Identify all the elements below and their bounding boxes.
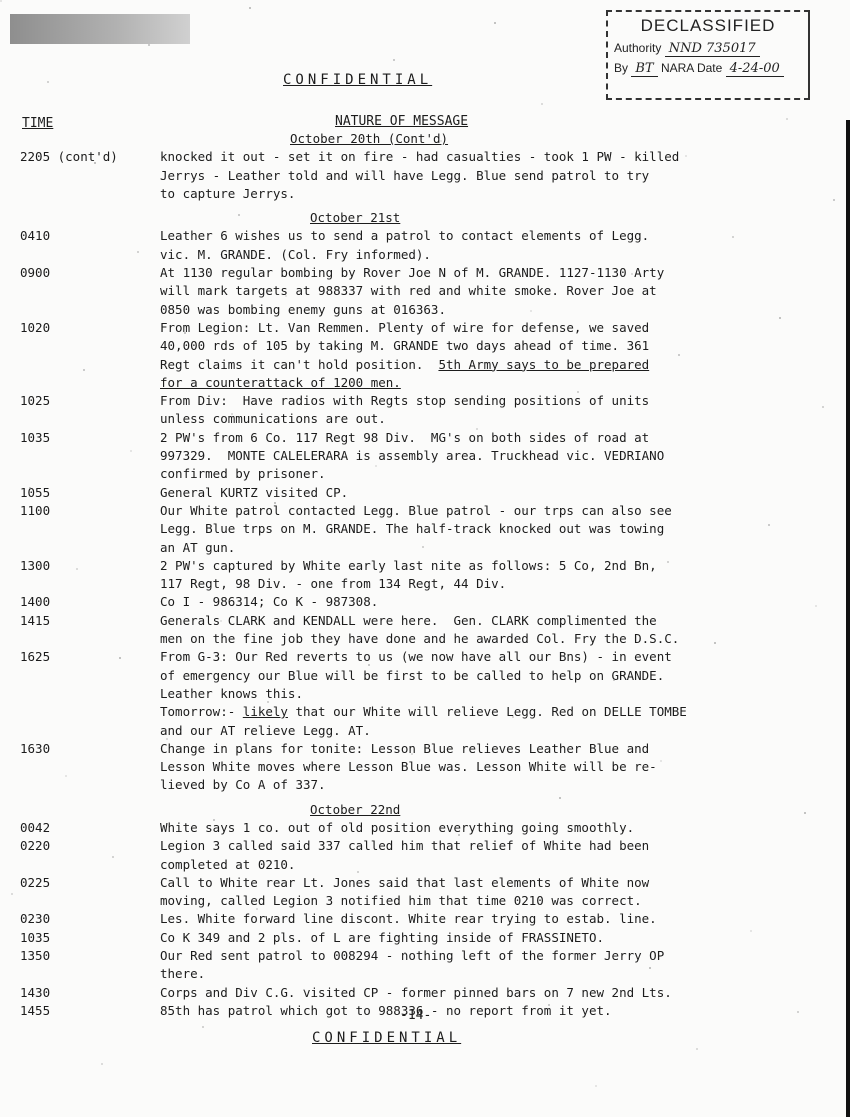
scan-speck [213,819,215,821]
entry-time: 1455 [0,1002,160,1020]
entry-message: Generals CLARK and KENDALL were here. Ge… [160,612,770,649]
scan-speck [833,199,835,201]
scan-speck [166,738,168,740]
entry-time: 0230 [0,910,160,928]
scan-speck [559,797,561,799]
scan-speck [11,893,13,895]
scan-speck [65,775,67,777]
document-page: DECLASSIFIED Authority NND 735017 By BT … [0,0,850,1117]
scan-speck [523,509,525,511]
underlined-text: 5th Army says to be prepared for a count… [160,357,649,390]
stamp-title: DECLASSIFIED [608,16,808,36]
log-entry: 1035Co K 349 and 2 pls. of L are fightin… [0,929,850,947]
entry-message: At 1130 regular bombing by Rover Joe N o… [160,264,770,319]
entry-time [0,703,160,740]
entry-message: 85th has patrol which got to 988336 - no… [160,1002,770,1020]
scan-speck [249,7,251,9]
scan-speck [822,406,824,408]
underlined-word: likely [243,704,288,719]
scan-speck [357,871,359,873]
scan-speck [184,332,186,334]
entry-message: Our White patrol contacted Legg. Blue pa… [160,502,770,557]
entry-message: From Div: Have radios with Regts stop se… [160,392,770,429]
scan-speck [732,236,734,238]
scan-speck [0,0,2,2]
scan-speck [375,465,377,467]
scan-speck [285,295,287,297]
scan-speck [595,1085,597,1087]
scan-speck [274,502,276,504]
scan-speck [750,930,752,932]
log-entry: 2205 (cont'd)knocked it out - set it on … [0,148,850,203]
scan-speck [339,177,341,179]
log-entry: 1625From G-3: Our Red reverts to us (we … [0,648,850,703]
log-entry: 1100Our White patrol contacted Legg. Blu… [0,502,850,557]
scan-speck [512,716,514,718]
scan-speck [83,369,85,371]
scan-speck [231,413,233,415]
scan-speck [685,155,687,157]
scan-speck [76,568,78,570]
entry-message: Co I - 986314; Co K - 987308. [160,593,770,611]
entry-time: 0042 [0,819,160,837]
entry-message: General KURTZ visited CP. [160,484,770,502]
log-entry: 0220Legion 3 called said 337 called him … [0,837,850,874]
scan-speck [112,856,114,858]
log-entry: 1350Our Red sent patrol to 008294 - noth… [0,947,850,984]
stamp-by-date: By BT NARA Date 4-24-00 [614,61,808,76]
entry-message: knocked it out - set it on fire - had ca… [160,148,770,203]
entry-time: 1055 [0,484,160,502]
scan-speck [660,760,662,762]
scan-speck [631,273,633,275]
section-date: October 21st [0,209,850,227]
log-entry: 1430Corps and Div C.G. visited CP - form… [0,984,850,1002]
entry-message: Call to White rear Lt. Jones said that l… [160,874,770,911]
scan-speck [94,162,96,164]
log-entry: 0225Call to White rear Lt. Jones said th… [0,874,850,911]
entry-time: 1400 [0,593,160,611]
log-entry: 1025From Div: Have radios with Regts sto… [0,392,850,429]
entry-message: 2 PW's captured by White early last nite… [160,557,770,594]
scan-speck [779,317,781,319]
classification-footer: CONFIDENTIAL [312,1030,461,1046]
scan-speck [256,908,258,910]
entry-message: Les. White forward line discont. White r… [160,910,770,928]
log-entry: 0410Leather 6 wishes us to send a patrol… [0,227,850,264]
scan-speck [548,1004,550,1006]
scan-speck [119,657,121,659]
entry-message: Change in plans for tonite: Lesson Blue … [160,740,770,795]
entry-time: 2205 (cont'd) [0,148,160,203]
section-date: October 22nd [0,801,850,819]
log-entry: 1400Co I - 986314; Co K - 987308. [0,593,850,611]
scan-speck [101,1063,103,1065]
scan-speck [440,140,442,142]
entry-time: 1100 [0,502,160,557]
entry-time: 1415 [0,612,160,649]
scan-speck [678,354,680,356]
scan-speck [47,81,49,83]
log-entry: 1055General KURTZ visited CP. [0,484,850,502]
scan-speck [797,1011,799,1013]
scan-speck [368,664,370,666]
entry-message: Our Red sent patrol to 008294 - nothing … [160,947,770,984]
entry-time: 1020 [0,319,160,392]
scan-speck [148,44,150,46]
entry-time: 1430 [0,984,160,1002]
stamp-by-value: BT [631,61,657,77]
scan-speck [714,642,716,644]
scan-speck [577,391,579,393]
entry-time: 0410 [0,227,160,264]
entry-message: From G-3: Our Red reverts to us (we now … [160,648,770,703]
log-entry: 0230Les. White forward line discont. Whi… [0,910,850,928]
scan-speck [202,1026,204,1028]
log-entry: 10352 PW's from 6 Co. 117 Regt 98 Div. M… [0,429,850,484]
classification-header: CONFIDENTIAL [283,72,432,88]
scan-smudge [10,14,190,44]
log-entry: 1020From Legion: Lt. Van Remmen. Plenty … [0,319,850,392]
entry-time: 1630 [0,740,160,795]
scan-speck [386,258,388,260]
entry-time: 0225 [0,874,160,911]
scan-speck [649,967,651,969]
scan-speck [267,701,269,703]
stamp-authority: Authority NND 735017 [614,41,808,56]
log-entry: 1630Change in plans for tonite: Lesson B… [0,740,850,795]
entry-message: Corps and Div C.G. visited CP - former p… [160,984,770,1002]
log-entry: Tomorrow:- likely that our White will re… [0,703,850,740]
entry-message: Leather 6 wishes us to send a patrol to … [160,227,770,264]
message-column-header: NATURE OF MESSAGE [335,114,468,129]
entry-message: Co K 349 and 2 pls. of L are fighting in… [160,929,770,947]
stamp-authority-value: NND 735017 [665,41,760,57]
entry-time: 0900 [0,264,160,319]
scan-speck [494,22,496,24]
scan-speck [458,834,460,836]
scan-speck [130,450,132,452]
declassified-stamp: DECLASSIFIED Authority NND 735017 By BT … [606,10,810,100]
scan-speck [29,487,31,489]
entry-time: 1025 [0,392,160,429]
scan-speck [541,103,543,105]
scan-speck [303,989,305,991]
scan-speck [786,118,788,120]
entry-time: 1350 [0,947,160,984]
log-entry: 0900At 1130 regular bombing by Rover Joe… [0,264,850,319]
scan-speck [642,66,644,68]
page-number: -14- [400,1008,431,1023]
scan-speck [411,753,413,755]
scan-speck [815,605,817,607]
scan-speck [238,214,240,216]
entry-message: Legion 3 called said 337 called him that… [160,837,770,874]
scan-speck [804,812,806,814]
entry-time: 1035 [0,929,160,947]
scan-speck [393,59,395,61]
scan-speck [321,583,323,585]
entry-time: 1625 [0,648,160,703]
log-entry: 1415Generals CLARK and KENDALL were here… [0,612,850,649]
log-entry: 0042White says 1 co. out of old position… [0,819,850,837]
scan-speck [768,524,770,526]
section-date: October 20th (Cont'd) [0,130,850,148]
log-entry: 13002 PW's captured by White early last … [0,557,850,594]
scan-speck [404,952,406,954]
scan-speck [505,915,507,917]
scan-speck [667,561,669,563]
entry-message: White says 1 co. out of old position eve… [160,819,770,837]
scan-speck [422,546,424,548]
scan-speck [220,620,222,622]
entry-time: 0220 [0,837,160,874]
entry-message: 2 PW's from 6 Co. 117 Regt 98 Div. MG's … [160,429,770,484]
stamp-date-value: 4-24-00 [726,61,784,77]
entry-time: 1300 [0,557,160,594]
scan-speck [696,1048,698,1050]
scan-speck [476,428,478,430]
scan-speck [530,310,532,312]
time-column-header: TIME [22,116,53,131]
message-log: October 20th (Cont'd)2205 (cont'd)knocke… [0,130,850,1020]
scan-speck [137,251,139,253]
entry-time: 1035 [0,429,160,484]
entry-message: Tomorrow:- likely that our White will re… [160,703,770,740]
scan-speck [613,679,615,681]
